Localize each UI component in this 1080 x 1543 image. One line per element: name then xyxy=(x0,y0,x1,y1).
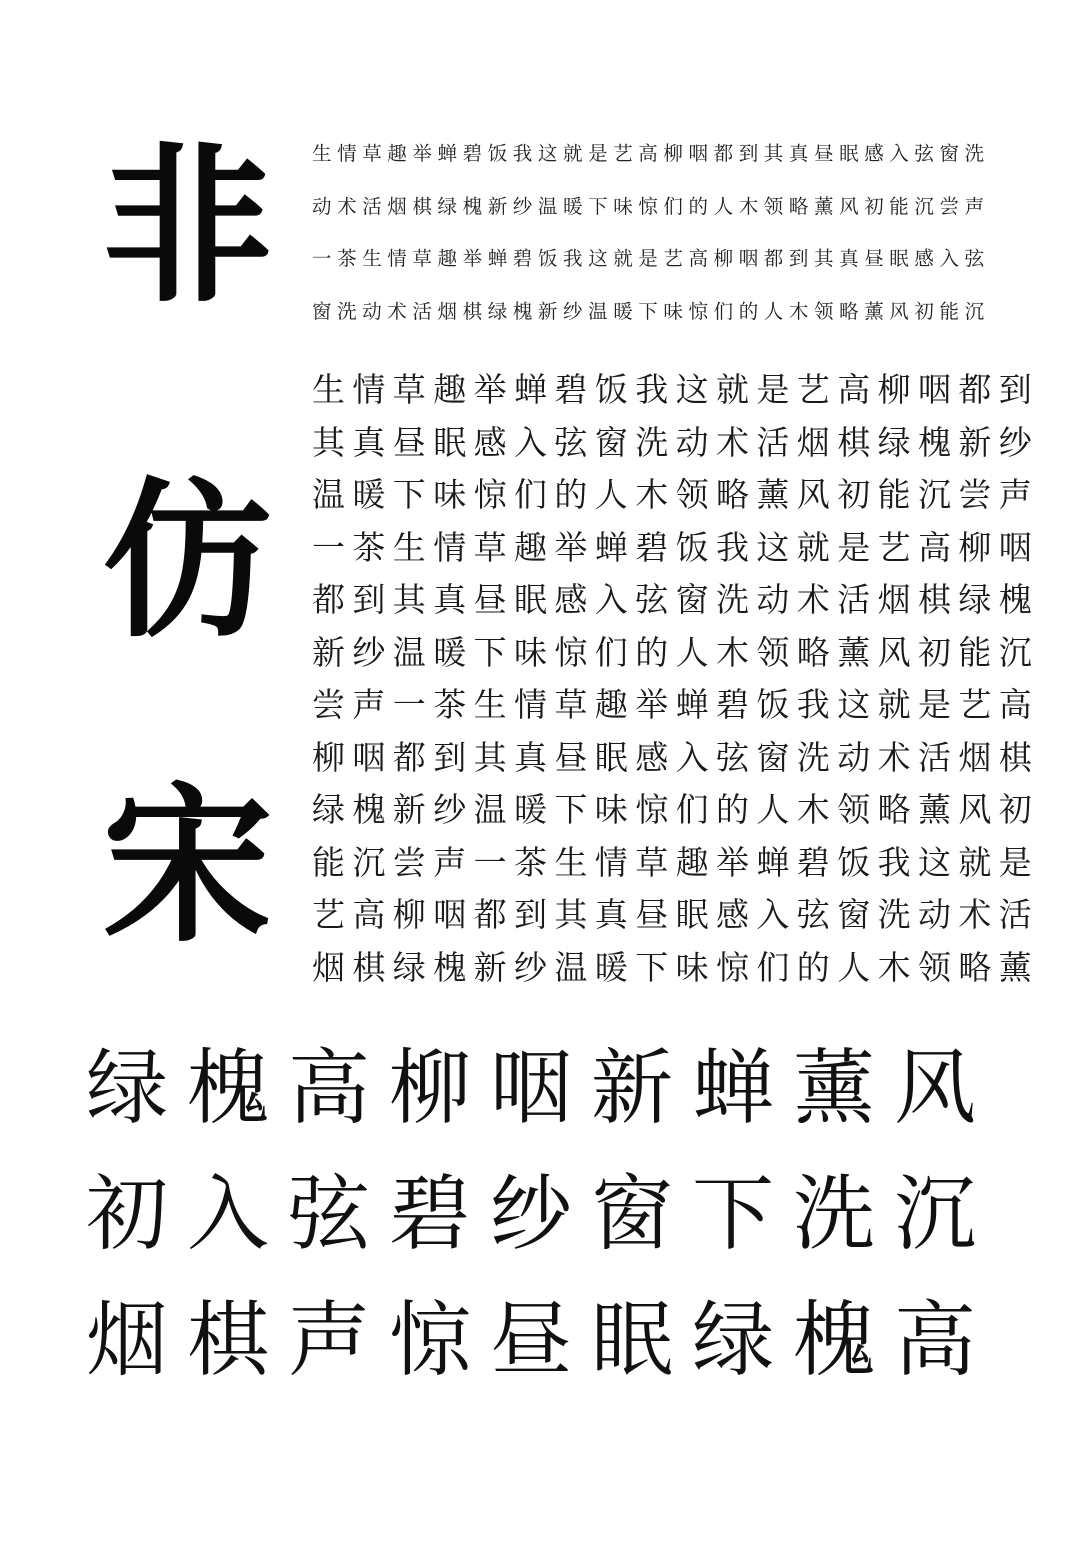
small-text-line: 一茶生情草趣举蝉碧饭我这就是艺高柳咽都到其真昼眠感入弦 xyxy=(312,249,1002,269)
small-text-line: 生情草趣举蝉碧饭我这就是艺高柳咽都到其真昼眠感入弦窗洗 xyxy=(312,144,1002,164)
title-char-fei: 非 xyxy=(100,140,275,315)
large-sample-text: 绿槐高柳咽新蝉薰风 初入弦碧纱窗下洗沉 烟棋声惊昼眠绿槐高 xyxy=(86,1048,1006,1426)
medium-text-line: 烟棋绿槐新纱温暖下味惊们的人木领略薰 xyxy=(312,951,1002,984)
medium-text-line: 尝声一茶生情草趣举蝉碧饭我这就是艺高 xyxy=(312,688,1002,721)
medium-text-line: 一茶生情草趣举蝉碧饭我这就是艺高柳咽 xyxy=(312,531,1002,564)
medium-text-line: 温暖下味惊们的人木领略薰风初能沉尝声 xyxy=(312,478,1002,511)
medium-text-line: 柳咽都到其真昼眠感入弦窗洗动术活烟棋 xyxy=(312,741,1002,774)
title-char-song: 宋 xyxy=(100,780,275,955)
medium-text-line: 新纱温暖下味惊们的人木领略薰风初能沉 xyxy=(312,636,1002,669)
small-text-line: 窗洗动术活烟棋绿槐新纱温暖下味惊们的人木领略薰风初能沉 xyxy=(312,302,1002,322)
medium-sample-text: 生情草趣举蝉碧饭我这就是艺高柳咽都到 其真昼眠感入弦窗洗动术活烟棋绿槐新纱 温暖… xyxy=(312,373,1002,1003)
large-text-line: 初入弦碧纱窗下洗沉 xyxy=(86,1174,1006,1256)
medium-text-line: 能沉尝声一茶生情草趣举蝉碧饭我这就是 xyxy=(312,846,1002,879)
medium-text-line: 都到其真昼眠感入弦窗洗动术活烟棋绿槐 xyxy=(312,583,1002,616)
title-char-fang: 仿 xyxy=(100,475,275,650)
small-text-line: 动术活烟棋绿槐新纱温暖下味惊们的人木领略薰风初能沉尝声 xyxy=(312,197,1002,217)
medium-text-line: 生情草趣举蝉碧饭我这就是艺高柳咽都到 xyxy=(312,373,1002,406)
small-sample-text: 生情草趣举蝉碧饭我这就是艺高柳咽都到其真昼眠感入弦窗洗 动术活烟棋绿槐新纱温暖下… xyxy=(312,144,1002,354)
large-text-line: 烟棋声惊昼眠绿槐高 xyxy=(86,1300,1006,1382)
medium-text-line: 其真昼眠感入弦窗洗动术活烟棋绿槐新纱 xyxy=(312,426,1002,459)
medium-text-line: 绿槐新纱温暖下味惊们的人木领略薰风初 xyxy=(312,793,1002,826)
large-text-line: 绿槐高柳咽新蝉薰风 xyxy=(86,1048,1006,1130)
medium-text-line: 艺高柳咽都到其真昼眠感入弦窗洗动术活 xyxy=(312,898,1002,931)
